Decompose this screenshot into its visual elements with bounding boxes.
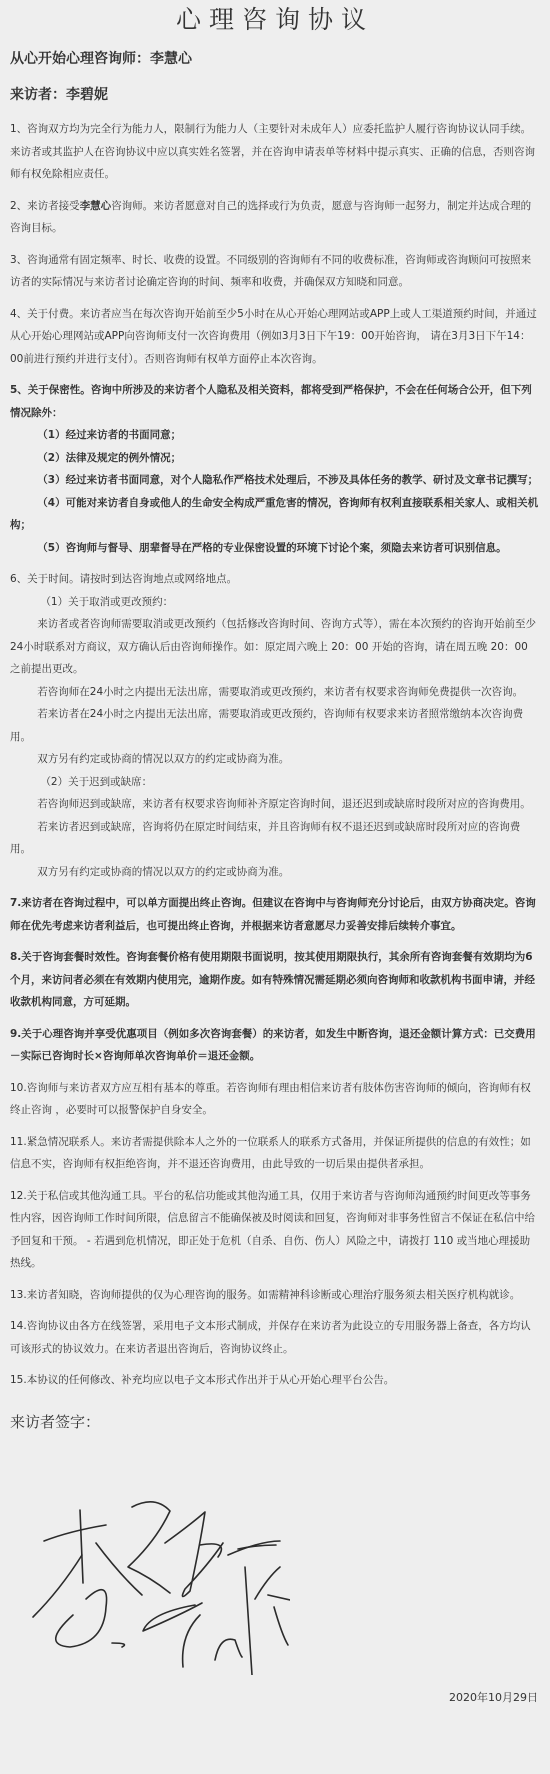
clause-6-sub2-item-2: 若来访者迟到或缺席，咨询将仍在原定时间结束，并且咨询师有权不退还迟到或缺席时段所…: [10, 816, 540, 861]
clause-5-item-5: （5）咨询师与督导、朋辈督导在严格的专业保密设置的环境下讨论个案，须隐去来访者可…: [10, 537, 540, 560]
clause-6-sub1-head: （1）关于取消或更改预约：: [10, 591, 540, 614]
clause-9: 9.关于心理咨询并享受优惠项目（例如多次咨询套餐）的来访者，如发生中断咨询，退还…: [10, 1023, 540, 1068]
clause-14: 14.咨询协议由各方在线签署，采用电子文本形式制成，并保存在来访者为此设立的专用…: [10, 1315, 540, 1360]
clause-6-sub1-item-2: 若咨询师在24小时之内提出无法出席，需要取消或更改预约，来访者有权要求咨询师免费…: [10, 681, 540, 704]
handwritten-signature: [30, 1495, 290, 1675]
clause-6-sub2-item-3: 双方另有约定或协商的情况以双方的约定或协商为准。: [10, 861, 540, 884]
counselor-line: 从心开始心理咨询师：李慧心: [10, 48, 540, 70]
clause-11: 11.紧急情况联系人。来访者需提供除本人之外的一位联系人的联系方式备用，并保证所…: [10, 1131, 540, 1176]
clause-5-item-2: （2）法律及规定的例外情况；: [10, 447, 540, 470]
clause-4: 4、关于付费。来访者应当在每次咨询开始前至少5小时在从心开始心理网站或APP上或…: [10, 303, 540, 371]
agreement-page: 心理咨询协议 从心开始心理咨询师：李慧心 来访者：李碧妮 1、咨询双方均为完全行…: [0, 0, 550, 1774]
clause-6-text: 6、关于时间。请按时到达咨询地点或网络地点。: [10, 568, 540, 591]
clause-7: 7.来访者在咨询过程中，可以单方面提出终止咨询。但建议在咨询中与咨询师充分讨论后…: [10, 892, 540, 937]
clause-6-sub2-head: （2）关于迟到或缺席：: [10, 771, 540, 794]
clause-5-item-3: （3）经过来访者书面同意，对个人隐私作严格技术处理后，不涉及具体任务的教学、研讨…: [10, 469, 540, 492]
page-title: 心理咨询协议: [0, 0, 550, 38]
clause-15: 15.本协议的任何修改、补充均应以电子文本形式作出并于从心开始心理平台公告。: [10, 1369, 540, 1392]
agreement-body: 1、咨询双方均为完全行为能力人，限制行为能力人（主要针对未成年人）应委托监护人履…: [10, 118, 540, 1392]
clause-3: 3、咨询通常有固定频率、时长、收费的设置。不同级别的咨询师有不同的收费标准，咨询…: [10, 249, 540, 294]
clause-5-item-1: （1）经过来访者的书面同意；: [10, 424, 540, 447]
clause-6-sub1-item-1: 来访者或者咨询师需要取消或更改预约（包括修改咨询时间、咨询方式等），需在本次预约…: [10, 613, 540, 681]
clause-6-sub2-item-1: 若咨询师迟到或缺席，来访者有权要求咨询师补齐原定咨询时间，退还迟到或缺席时段所对…: [10, 793, 540, 816]
clause-6-sub1-item-4: 双方另有约定或协商的情况以双方的约定或协商为准。: [10, 748, 540, 771]
visitor-line: 来访者：李碧妮: [10, 84, 540, 106]
clause-13: 13.来访者知晓，咨询师提供的仅为心理咨询的服务。如需精神科诊断或心理治疗服务须…: [10, 1284, 540, 1307]
clause-6: 6、关于时间。请按时到达咨询地点或网络地点。 （1）关于取消或更改预约： 来访者…: [10, 568, 540, 883]
clause-1: 1、咨询双方均为完全行为能力人，限制行为能力人（主要针对未成年人）应委托监护人履…: [10, 118, 540, 186]
signature-label: 来访者签字：: [10, 1410, 540, 1434]
clause-6-sub1-item-3: 若来访者在24小时之内提出无法出席，需要取消或更改预约，咨询师有权要求来访者照常…: [10, 703, 540, 748]
counselor-name: 李慧心: [80, 200, 112, 212]
clause-2-pre: 2、来访者接受: [10, 200, 80, 212]
clause-10: 10.咨询师与来访者双方应互相有基本的尊重。若咨询师有理由相信来访者有肢体伤害咨…: [10, 1077, 540, 1122]
clause-2: 2、来访者接受李慧心咨询师。来访者愿意对自己的选择或行为负责，愿意与咨询师一起努…: [10, 195, 540, 240]
clause-8: 8.关于咨询套餐时效性。咨询套餐价格有使用期限书面说明，按其使用期限执行，其余所…: [10, 946, 540, 1014]
clause-5-item-4: （4）可能对来访者自身或他人的生命安全构成严重危害的情况，咨询师有权利直接联系相…: [10, 492, 540, 537]
clause-12: 12.关于私信或其他沟通工具。平台的私信功能或其他沟通工具，仅用于来访者与咨询师…: [10, 1185, 540, 1275]
signing-date: 2020年10月29日: [449, 1689, 538, 1705]
clause-5: 5、关于保密性。咨询中所涉及的来访者个人隐私及相关资料，都将受到严格保护，不会在…: [10, 379, 540, 559]
clause-5-text: 5、关于保密性。咨询中所涉及的来访者个人隐私及相关资料，都将受到严格保护，不会在…: [10, 379, 540, 424]
